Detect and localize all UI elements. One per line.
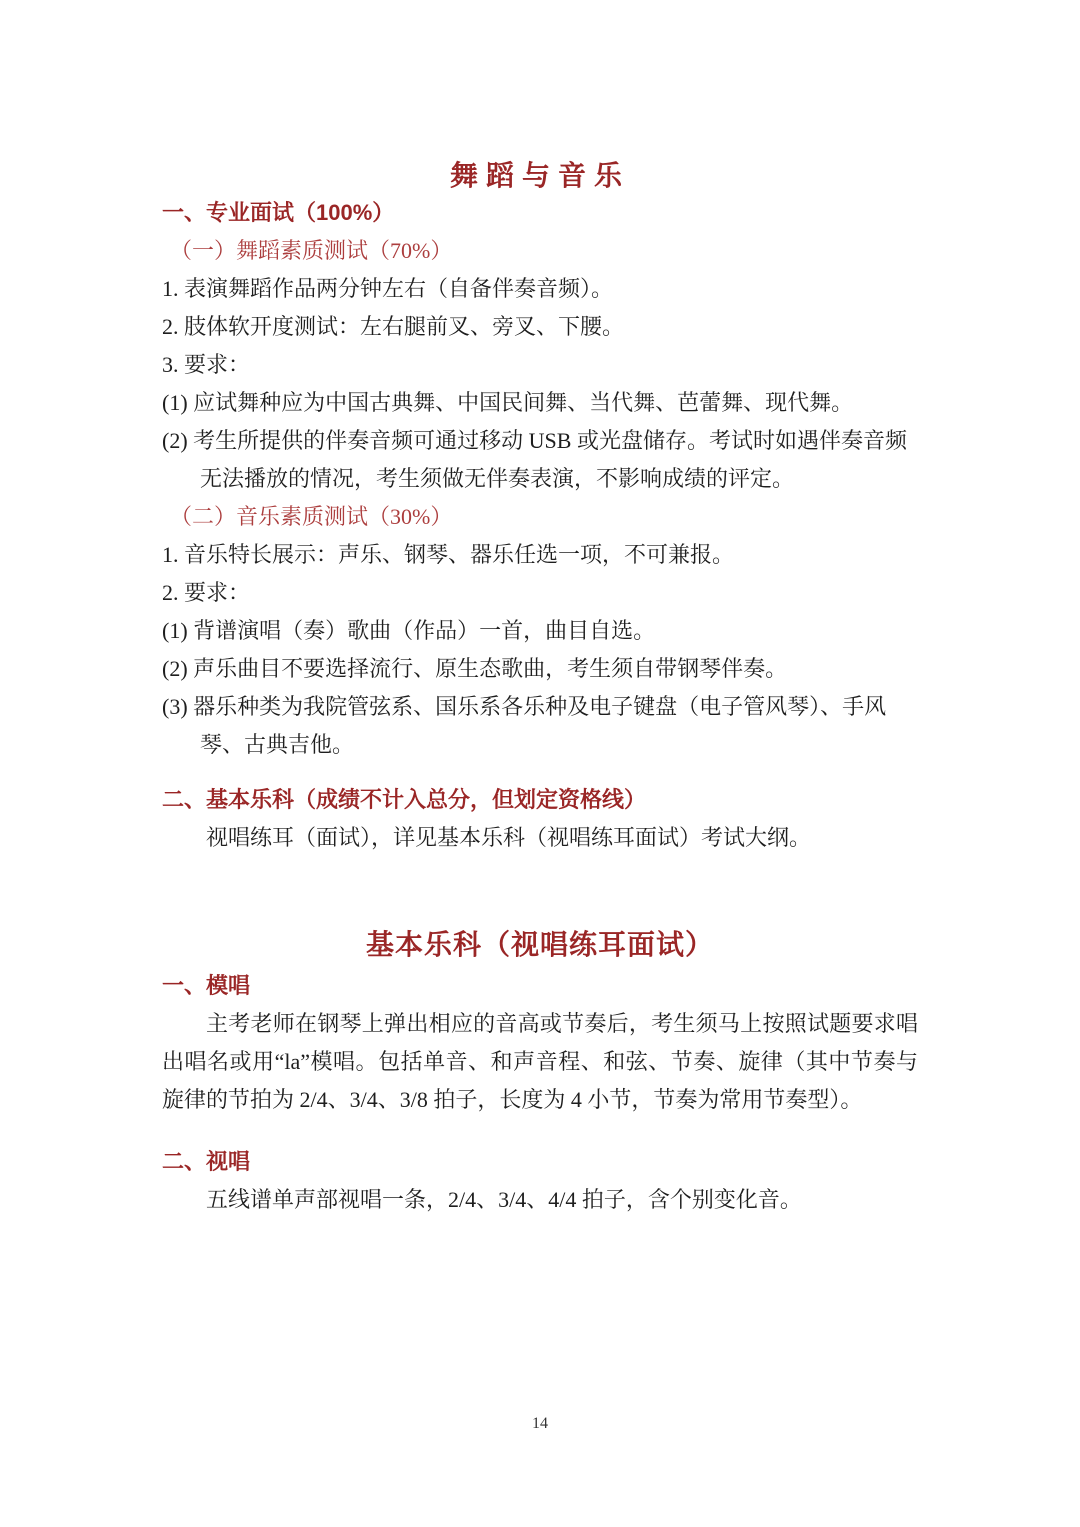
part1-sub2-heading: （二）音乐素质测试（30%）	[162, 498, 918, 536]
part2-title: 基本乐科（视唱练耳面试）	[162, 923, 918, 967]
list-item: (1) 背谱演唱（奏）歌曲（作品）一首，曲目自选。	[162, 612, 918, 650]
document-page: 舞蹈与音乐 一、专业面试（100%） （一）舞蹈素质测试（70%） 1. 表演舞…	[0, 0, 1080, 1527]
part2-section2-heading: 二、视唱	[162, 1143, 918, 1181]
part1-title: 舞蹈与音乐	[162, 158, 918, 194]
list-item: 2. 肢体软开度测试：左右腿前叉、旁叉、下腰。	[162, 308, 918, 346]
list-item: 3. 要求：	[162, 346, 918, 384]
part2-section1-heading: 一、模唱	[162, 967, 918, 1005]
part1-section2-body: 视唱练耳（面试），详见基本乐科（视唱练耳面试）考试大纲。	[162, 819, 918, 857]
part2-section2-body: 五线谱单声部视唱一条，2/4、3/4、4/4 拍子，含个别变化音。	[162, 1181, 918, 1219]
part2-section1-body: 主考老师在钢琴上弹出相应的音高或节奏后，考生须马上按照试题要求唱出唱名或用“la…	[162, 1005, 918, 1119]
part1-sub1-heading: （一）舞蹈素质测试（70%）	[162, 232, 918, 270]
list-item: (2) 考生所提供的伴奏音频可通过移动 USB 或光盘储存。考试时如遇伴奏音频无…	[162, 422, 918, 498]
list-item: (1) 应试舞种应为中国古典舞、中国民间舞、当代舞、芭蕾舞、现代舞。	[162, 384, 918, 422]
document-content: 舞蹈与音乐 一、专业面试（100%） （一）舞蹈素质测试（70%） 1. 表演舞…	[162, 158, 918, 1219]
list-item: 1. 音乐特长展示：声乐、钢琴、器乐任选一项，不可兼报。	[162, 536, 918, 574]
list-item: 2. 要求：	[162, 574, 918, 612]
part1-section1-heading: 一、专业面试（100%）	[162, 194, 918, 232]
page-number: 14	[0, 1412, 1080, 1436]
list-item: (3) 器乐种类为我院管弦系、国乐系各乐种及电子键盘（电子管风琴）、手风琴、古典…	[162, 688, 918, 764]
list-item: 1. 表演舞蹈作品两分钟左右（自备伴奏音频）。	[162, 270, 918, 308]
part1-section2-heading: 二、基本乐科（成绩不计入总分，但划定资格线）	[162, 781, 918, 819]
list-item: (2) 声乐曲目不要选择流行、原生态歌曲，考生须自带钢琴伴奏。	[162, 650, 918, 688]
